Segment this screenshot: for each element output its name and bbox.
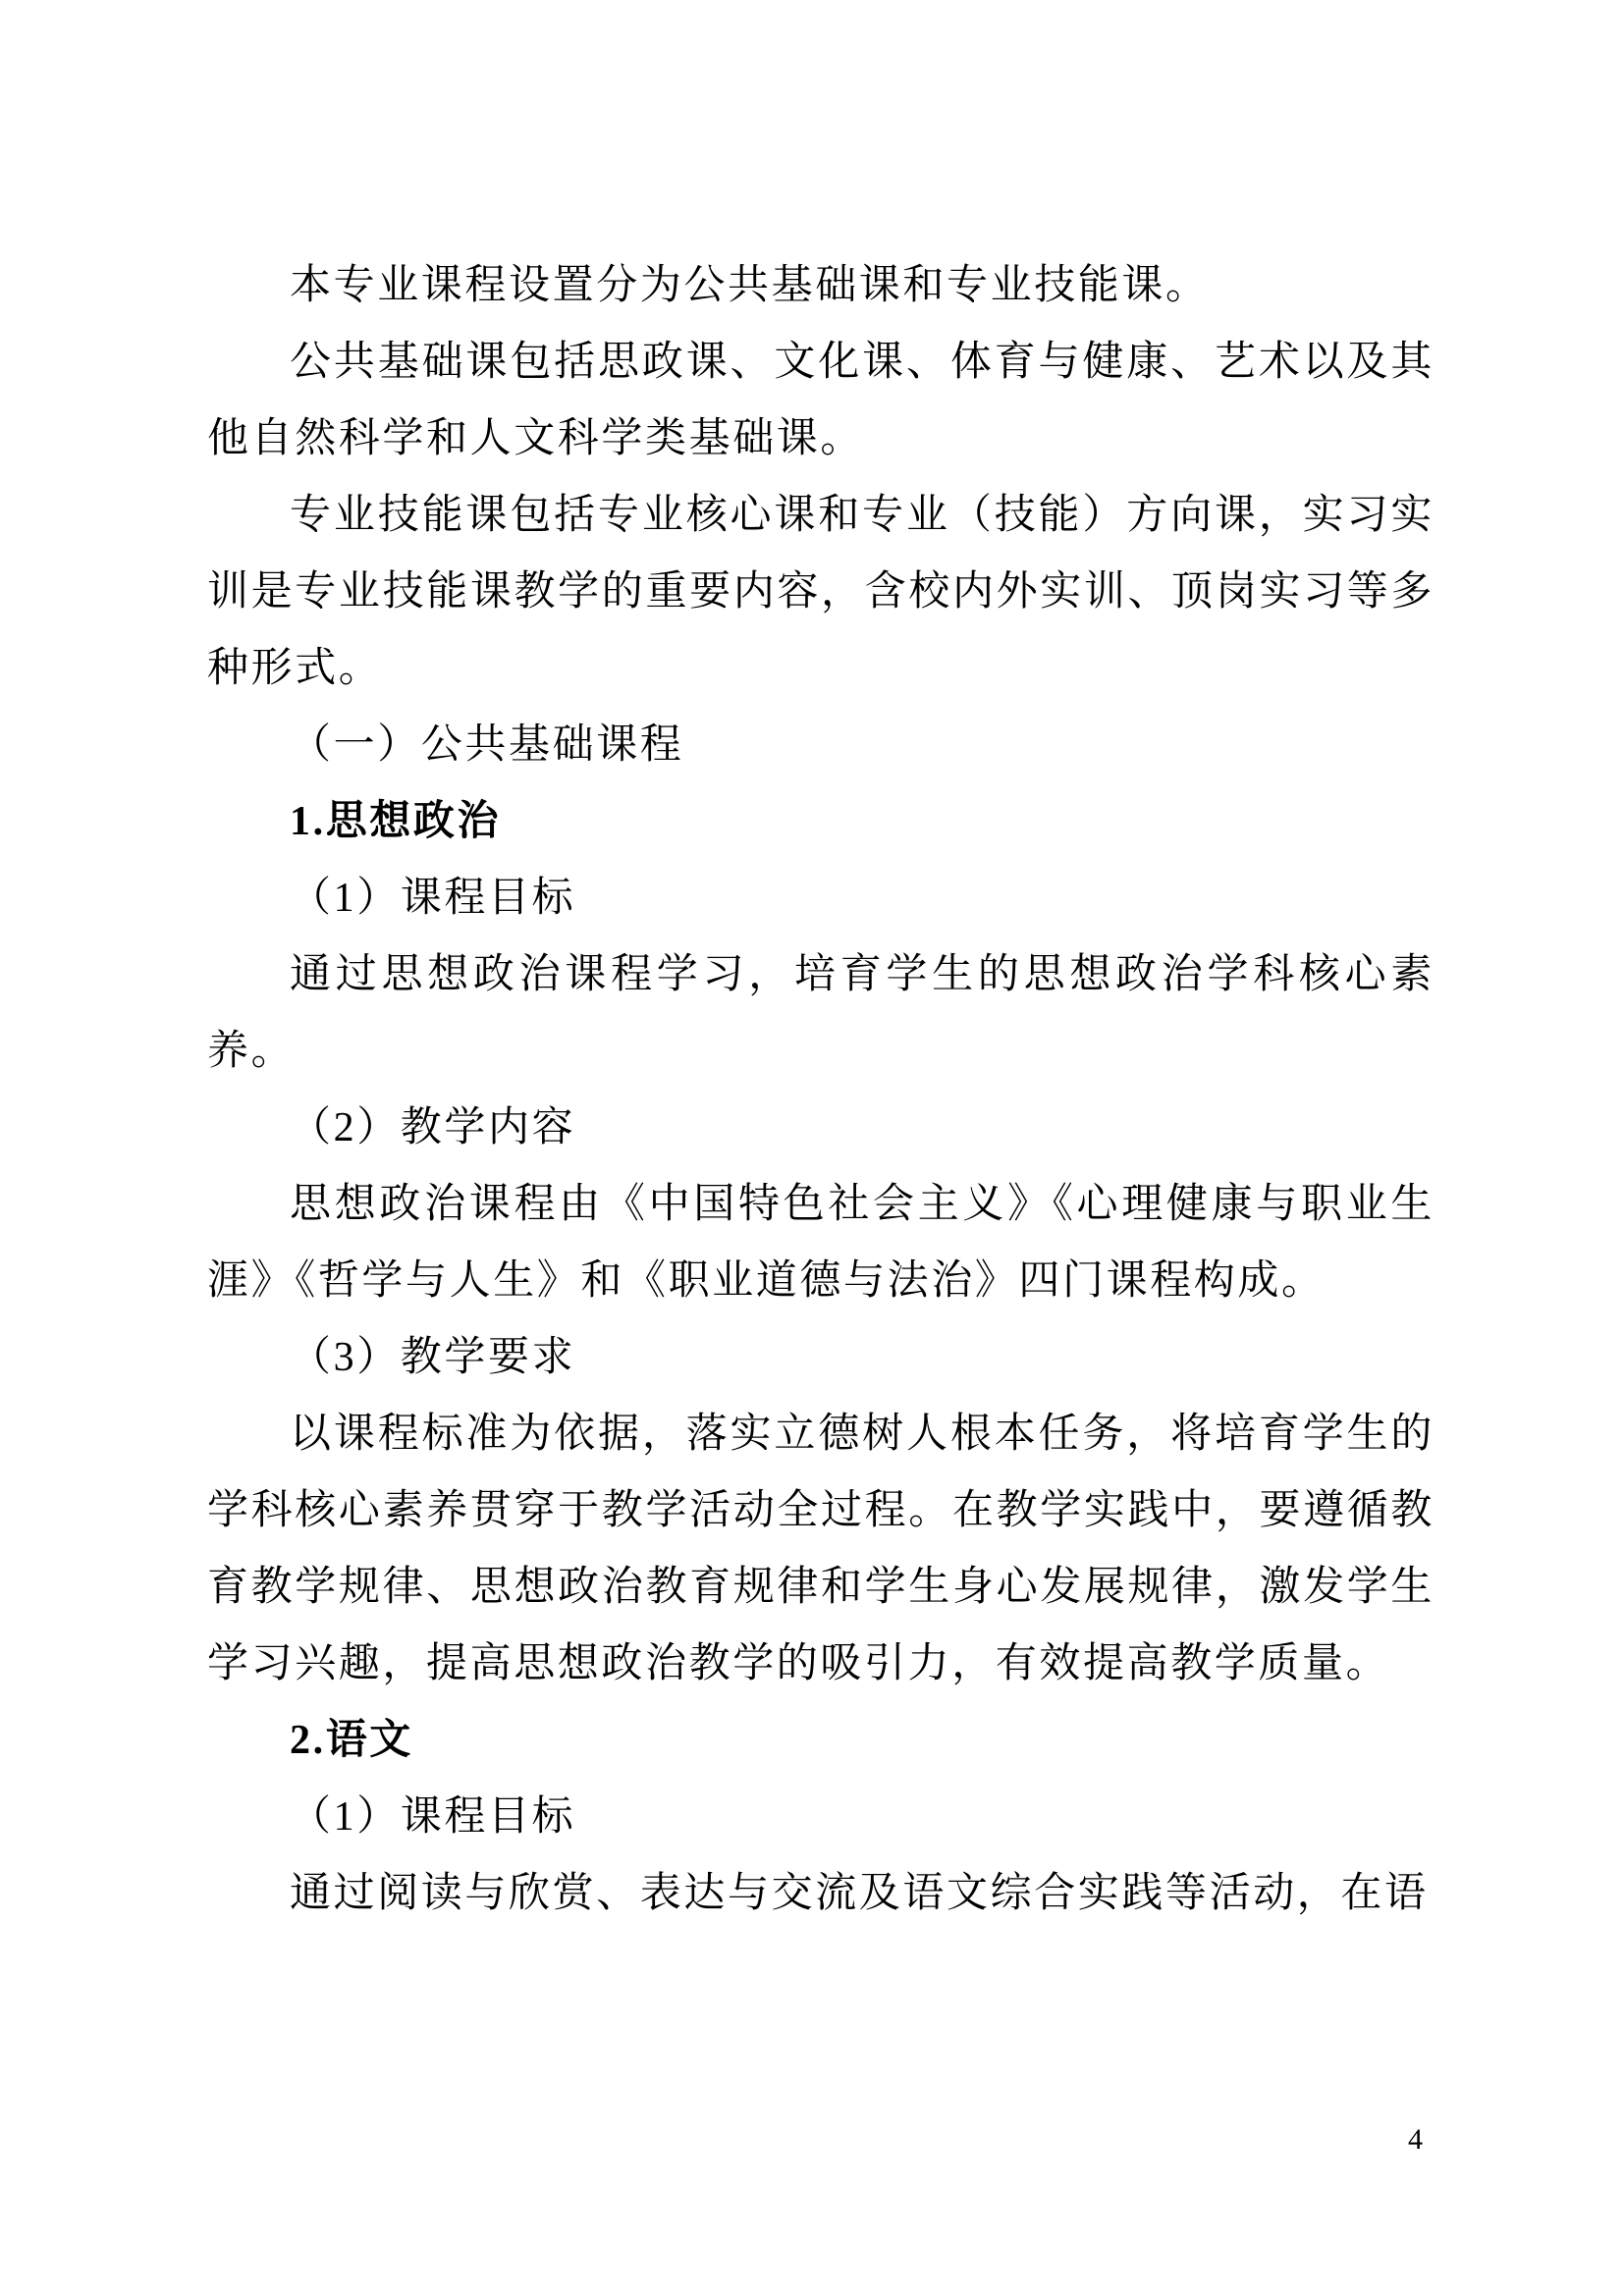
subheading-teaching-content-politics: （2）教学内容 — [207, 1090, 1435, 1166]
paragraph-course-overview: 本专业课程设置分为公共基础课和专业技能课。 — [207, 247, 1435, 324]
paragraph-public-basic-courses: 公共基础课包括思政课、文化课、体育与健康、艺术以及其他自然科学和人文科学类基础课… — [207, 324, 1435, 477]
heading-chinese: 2.语文 — [207, 1702, 1435, 1779]
subheading-teaching-requirements-politics: （3）教学要求 — [207, 1319, 1435, 1396]
paragraph-politics-objectives: 通过思想政治课程学习，培育学生的思想政治学科核心素养。 — [207, 936, 1435, 1090]
paragraph-politics-requirements: 以课程标准为依据，落实立德树人根本任务，将培育学生的学科核心素养贯穿于教学活动全… — [207, 1396, 1435, 1702]
document-page: 本专业课程设置分为公共基础课和专业技能课。 公共基础课包括思政课、文化课、体育与… — [0, 0, 1624, 2296]
paragraph-professional-skill-courses: 专业技能课包括专业核心课和专业（技能）方向课，实习实训是专业技能课教学的重要内容… — [207, 477, 1435, 707]
paragraph-politics-content: 思想政治课程由《中国特色社会主义》《心理健康与职业生涯》《哲学与人生》和《职业道… — [207, 1166, 1435, 1319]
paragraph-chinese-objectives: 通过阅读与欣赏、表达与交流及语文综合实践等活动，在语 — [207, 1855, 1435, 1932]
page-footer: 4 — [1325, 2122, 1423, 2158]
document-content: 本专业课程设置分为公共基础课和专业技能课。 公共基础课包括思政课、文化课、体育与… — [207, 247, 1435, 1932]
subheading-course-objectives-chinese: （1）课程目标 — [207, 1779, 1435, 1855]
heading-ideological-politics: 1.思想政治 — [207, 783, 1435, 860]
heading-public-basic-curriculum: （一）公共基础课程 — [207, 707, 1435, 783]
subheading-course-objectives-politics: （1）课程目标 — [207, 860, 1435, 936]
page-number: 4 — [1408, 2123, 1423, 2156]
